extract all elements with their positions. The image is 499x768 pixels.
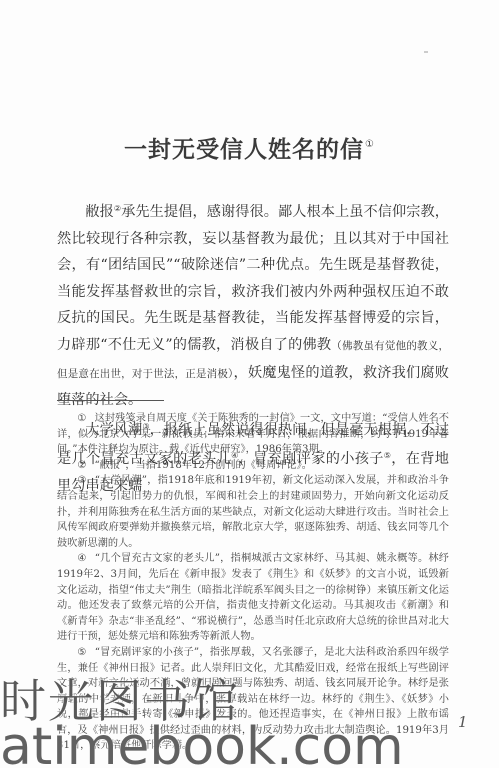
footnote-mark: ④ [77, 553, 86, 564]
text-segment: 敝报 [85, 204, 114, 220]
footnote-mark: ② [77, 460, 86, 471]
footnote-item: ①这封残笺录自周天度《关于陈独秀的一封信》一文，文中写道：“受信人姓名不详，似为… [57, 411, 449, 458]
scan-speck [424, 51, 428, 53]
footnote-mark: ⑤ [77, 647, 86, 658]
chapter-title: 一封无受信人姓名的信① [0, 131, 499, 164]
footnote-item: ③“大学风潮”，指1918年底和1919年初，新文化运动深入发展，并和政治斗争结… [57, 473, 449, 551]
book-page: 一封无受信人姓名的信① 敝报②承先生提倡，感谢得很。鄙人根本上虽不信仰宗教，然比… [0, 0, 499, 768]
footnote-mark: ① [77, 413, 86, 424]
footnotes: ①这封残笺录自周天度《关于陈独秀的一封信》一文，文中写道：“受信人姓名不详，似为… [57, 411, 449, 754]
footnote-text: “大学风潮”，指1918年底和1919年初，新文化运动深入发展，并和政治斗争结合… [57, 475, 449, 548]
page-number: 1 [458, 713, 468, 731]
text-segment: 承先生提倡，感谢得很。鄙人根本上虽不信仰宗教，然比较现行各种宗教，妄以基督教为最… [57, 204, 449, 353]
footnote-item: ④“几个冒充古文家的老头儿”，指桐城派古文家林纾、马其昶、姚永概等。林纾1919… [57, 551, 449, 645]
footnote-text: “敝报”，当指1918年12月创刊的《每周评论》。 [95, 460, 312, 471]
footnote-mark: ③ [77, 475, 86, 486]
footnote-text: 这封残笺录自周天度《关于陈独秀的一封信》一文，文中写道：“受信人姓名不详，似为北… [57, 413, 449, 455]
chapter-title-text: 一封无受信人姓名的信 [124, 137, 364, 163]
footnote-text: “几个冒充古文家的老头儿”，指桐城派古文家林纾、马其昶、姚永概等。林纾1919年… [57, 553, 449, 642]
footnote-divider [57, 400, 164, 401]
paragraph: 敝报②承先生提倡，感谢得很。鄙人根本上虽不信仰宗教，然比较现行各种宗教，妄以基督… [57, 196, 449, 414]
footnote-text: “冒充剧评家的小孩子”，指张厚载，又名张豂子，是北大法科政治系四年级学生，兼任《… [57, 647, 449, 752]
footnote-item: ⑤“冒充剧评家的小孩子”，指张厚载，又名张豂子，是北大法科政治系四年级学生，兼任… [57, 645, 449, 754]
footnote-item: ②“敝报”，当指1918年12月创刊的《每周评论》。 [57, 458, 449, 474]
title-footnote-mark: ① [365, 139, 375, 150]
